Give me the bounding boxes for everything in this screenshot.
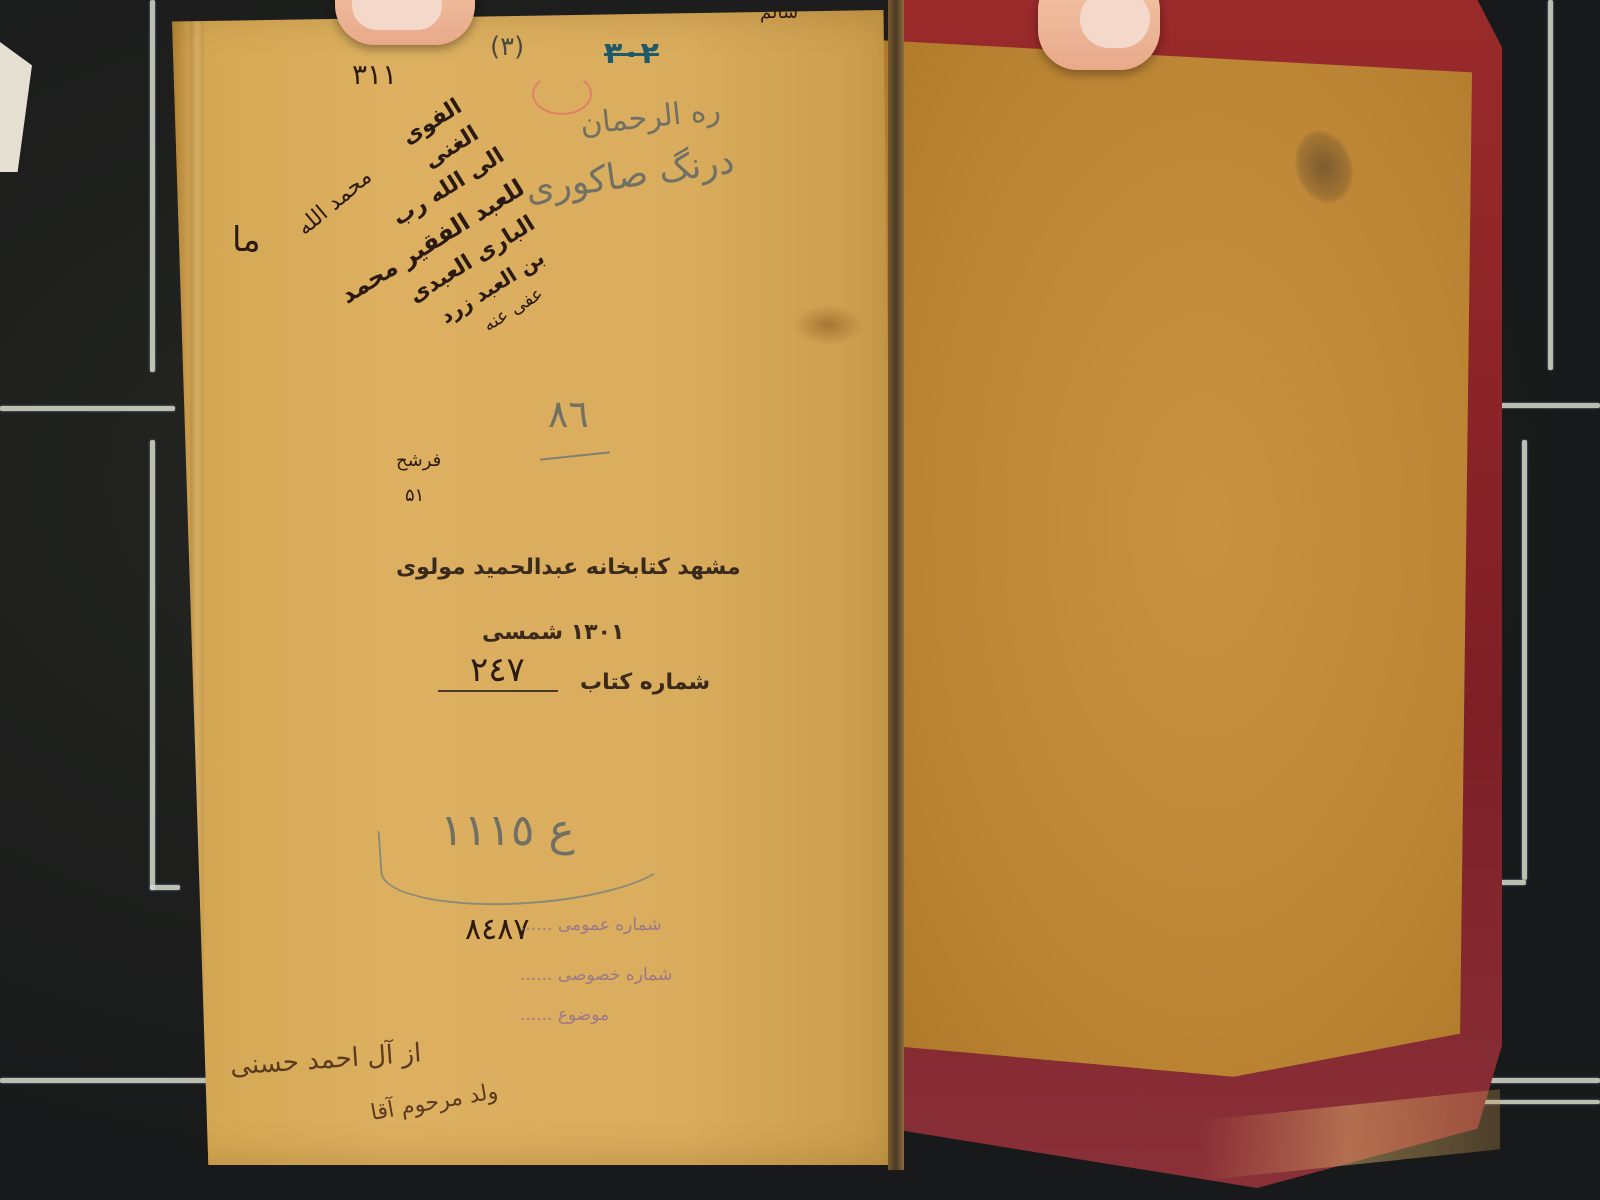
chalk-line — [0, 1078, 210, 1083]
thumbnail — [352, 0, 442, 30]
shelf-number: ٣١١ — [352, 58, 397, 91]
pencil-number: ٨٦ — [548, 392, 589, 436]
bracketed-number: (٣) — [490, 32, 524, 62]
chalk-line — [1522, 440, 1527, 880]
chalk-line — [150, 885, 180, 890]
purple-stamp-line1: شماره عمومی ...... — [520, 915, 662, 935]
thumbnail — [1080, 0, 1150, 48]
chalk-line — [1500, 403, 1600, 408]
library-stamp-line2: ١٣٠١ شمسی — [482, 620, 624, 645]
margin-small-note: ما — [232, 220, 261, 260]
library-stamp-line3-label: شماره کتاب — [580, 670, 710, 695]
chalk-line — [1490, 1078, 1600, 1083]
chalk-line — [1548, 0, 1553, 370]
pencil-signature: ع ١١١٥ — [440, 805, 575, 856]
chalk-line — [150, 440, 155, 890]
ink-stain — [792, 305, 864, 345]
small-note: فرشح — [396, 450, 441, 471]
faint-top-note: سالم — [760, 2, 798, 23]
blue-ink-number: ٣٠٢ — [604, 36, 659, 71]
library-stamp-line1: مشهد کتابخانه عبدالحمید مولوی — [396, 555, 741, 580]
stamp-underline — [438, 690, 558, 692]
purple-stamp-line2: شماره خصوصی ...... — [520, 965, 672, 985]
chalk-line — [150, 0, 155, 372]
chalk-line — [0, 406, 175, 411]
pastedown-right-page — [876, 40, 1472, 1120]
book-gutter — [888, 0, 904, 1170]
book-number: ٢٤٧ — [470, 650, 525, 690]
purple-stamp-line3: موضوع ...... — [520, 1005, 609, 1025]
small-note: ۵۱ — [405, 485, 424, 506]
